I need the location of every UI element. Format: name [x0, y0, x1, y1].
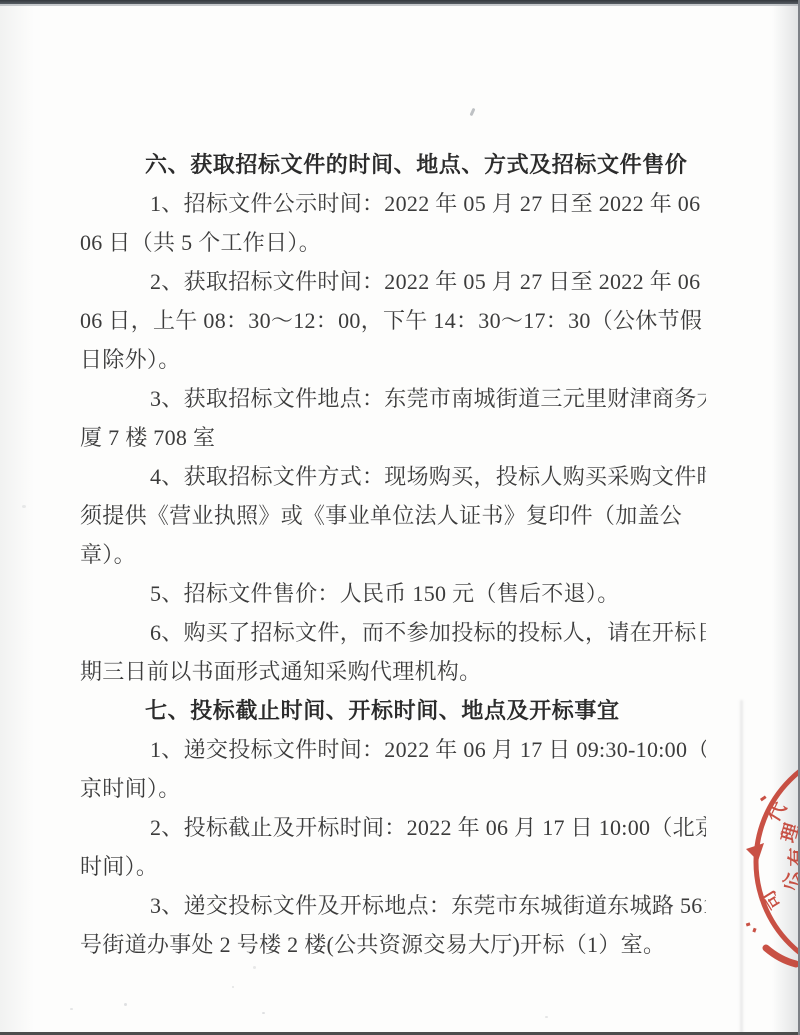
doc-line: 3、递交投标文件及开标地点：东莞市东城街道东城路 561: [80, 886, 706, 925]
doc-line: 期三日前以书面形式通知采购代理机构。: [80, 652, 706, 691]
doc-line: 时间）。: [80, 847, 706, 886]
doc-line: 2、获取招标文件时间：2022 年 05 月 27 日至 2022 年 06 月: [80, 262, 706, 301]
doc-line: 章）。: [80, 535, 706, 574]
scan-shadow-left: [0, 0, 34, 1035]
scan-speck: [470, 108, 476, 117]
doc-line: 须提供《营业执照》或《事业单位法人证书》复印件（加盖公: [80, 496, 706, 535]
scan-speck: [262, 1012, 265, 1014]
doc-line: 1、招标文件公示时间：2022 年 05 月 27 日至 2022 年 06 月: [80, 184, 706, 223]
scan-speck: [70, 1008, 73, 1010]
doc-line: 号街道办事处 2 号楼 2 楼(公共资源交易大厅)开标（1）室。: [80, 925, 706, 964]
doc-line: 4、获取招标文件方式：现场购买，投标人购买采购文件时: [80, 457, 706, 496]
section-heading-7: 七、投标截止时间、开标时间、地点及开标事宜: [80, 691, 706, 730]
doc-line: 日除外）。: [80, 340, 706, 379]
doc-line: 06 日（共 5 个工作日）。: [80, 223, 706, 262]
doc-line: 1、递交投标文件时间：2022 年 06 月 17 日 09:30-10:00（…: [80, 730, 706, 769]
scan-edge-top-soft: [0, 4, 800, 6]
svg-text:公: 公: [779, 868, 800, 893]
doc-line: 2、投标截止及开标时间：2022 年 06 月 17 日 10:00（北京: [80, 808, 706, 847]
scan-speck: [545, 1016, 548, 1018]
section-heading-6: 六、获取招标文件的时间、地点、方式及招标文件售价: [80, 145, 706, 184]
doc-line: 3、获取招标文件地点：东莞市南城街道三元里财津商务大: [80, 379, 706, 418]
doc-line: 京时间）。: [80, 769, 706, 808]
doc-line: 6、购买了招标文件，而不参加投标的投标人，请在开标日: [80, 613, 706, 652]
doc-line: 5、招标文件售价：人民币 150 元（售后不退）。: [80, 574, 706, 613]
document-page: 六、获取招标文件的时间、地点、方式及招标文件售价 1、招标文件公示时间：2022…: [80, 145, 706, 1005]
scan-speck: [22, 505, 26, 508]
company-seal-stamp-icon: 代 理 有 公 司: [730, 755, 800, 970]
doc-line: 厦 7 楼 708 室: [80, 418, 706, 457]
doc-line: 06 日，上午 08：30～12：00，下午 14：30～17：30（公休节假: [80, 301, 706, 340]
